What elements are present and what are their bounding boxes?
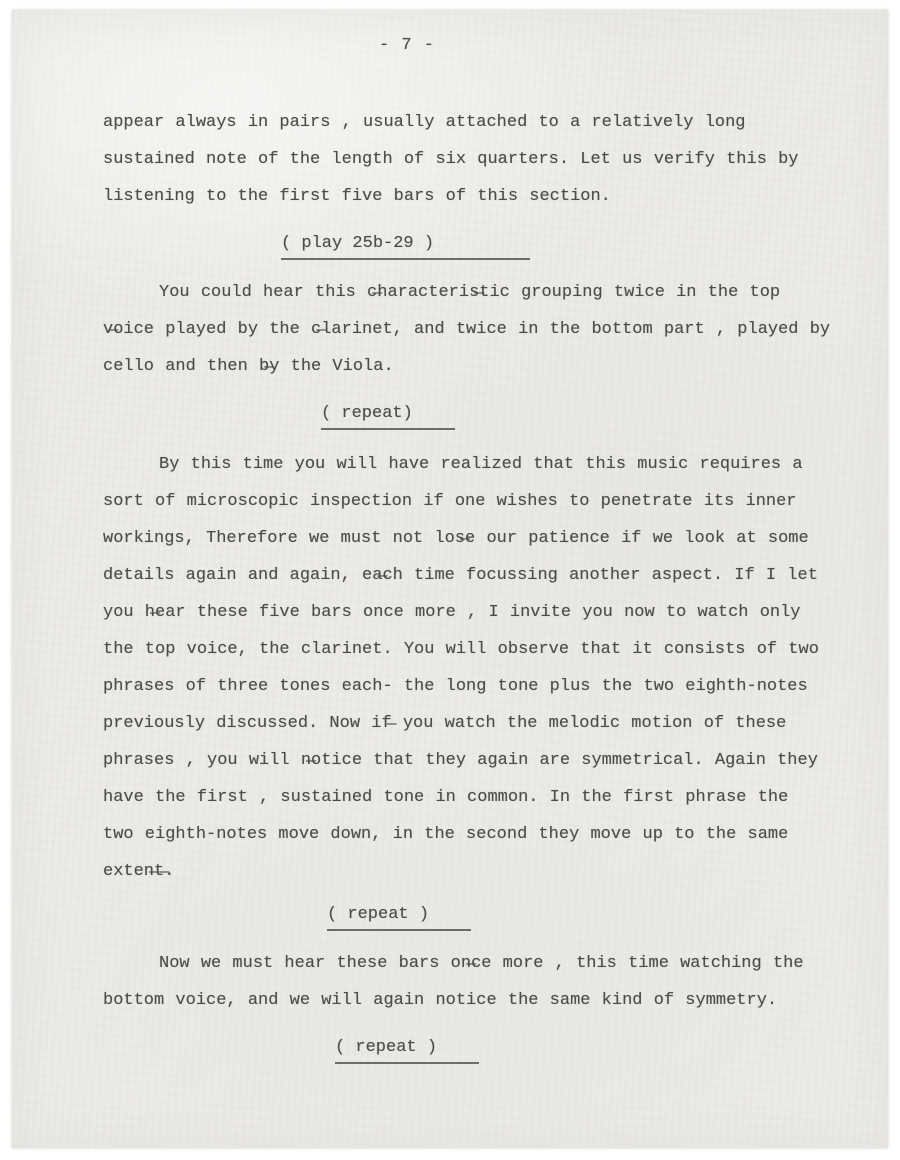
underline-tail <box>413 416 455 417</box>
cue-underline: ( repeat ) <box>327 903 471 931</box>
cue-label: ( repeat ) <box>327 905 429 924</box>
cue-label: ( repeat ) <box>335 1038 437 1057</box>
cue-underline: ( play 25b-29 ) <box>281 232 530 260</box>
paragraph-continuation: appear always in pairs , usually attache… <box>103 104 848 215</box>
cue-repeat-2: ( repeat ) <box>327 896 848 933</box>
cue-repeat-1: ( repeat) <box>321 395 848 432</box>
paragraph-microscopic-inspection: By this time you will have realized that… <box>103 446 848 890</box>
paragraph-bottom-voice: Now we must hear these bars on̶ce more ,… <box>103 945 848 1019</box>
cue-repeat-3: ( repeat ) <box>335 1029 848 1066</box>
document-page: - 7 - appear always in pairs , usually a… <box>12 10 888 1148</box>
underline-tail <box>429 917 471 918</box>
cue-underline: ( repeat) <box>321 402 455 430</box>
paragraph-clarinet-grouping: You could hear this c̶haracteris̶tic gro… <box>103 274 848 385</box>
scan-background: - 7 - appear always in pairs , usually a… <box>0 0 900 1160</box>
underline-tail <box>437 1050 479 1051</box>
page-body: appear always in pairs , usually attache… <box>103 104 848 1066</box>
cue-underline: ( repeat ) <box>335 1036 479 1064</box>
cue-label: ( repeat) <box>321 404 413 423</box>
page-number: - 7 - <box>37 36 777 56</box>
underline-tail <box>434 246 530 247</box>
cue-play-25b-29: ( play 25b-29 ) <box>281 225 848 262</box>
cue-label: ( play 25b-29 ) <box>281 234 434 253</box>
